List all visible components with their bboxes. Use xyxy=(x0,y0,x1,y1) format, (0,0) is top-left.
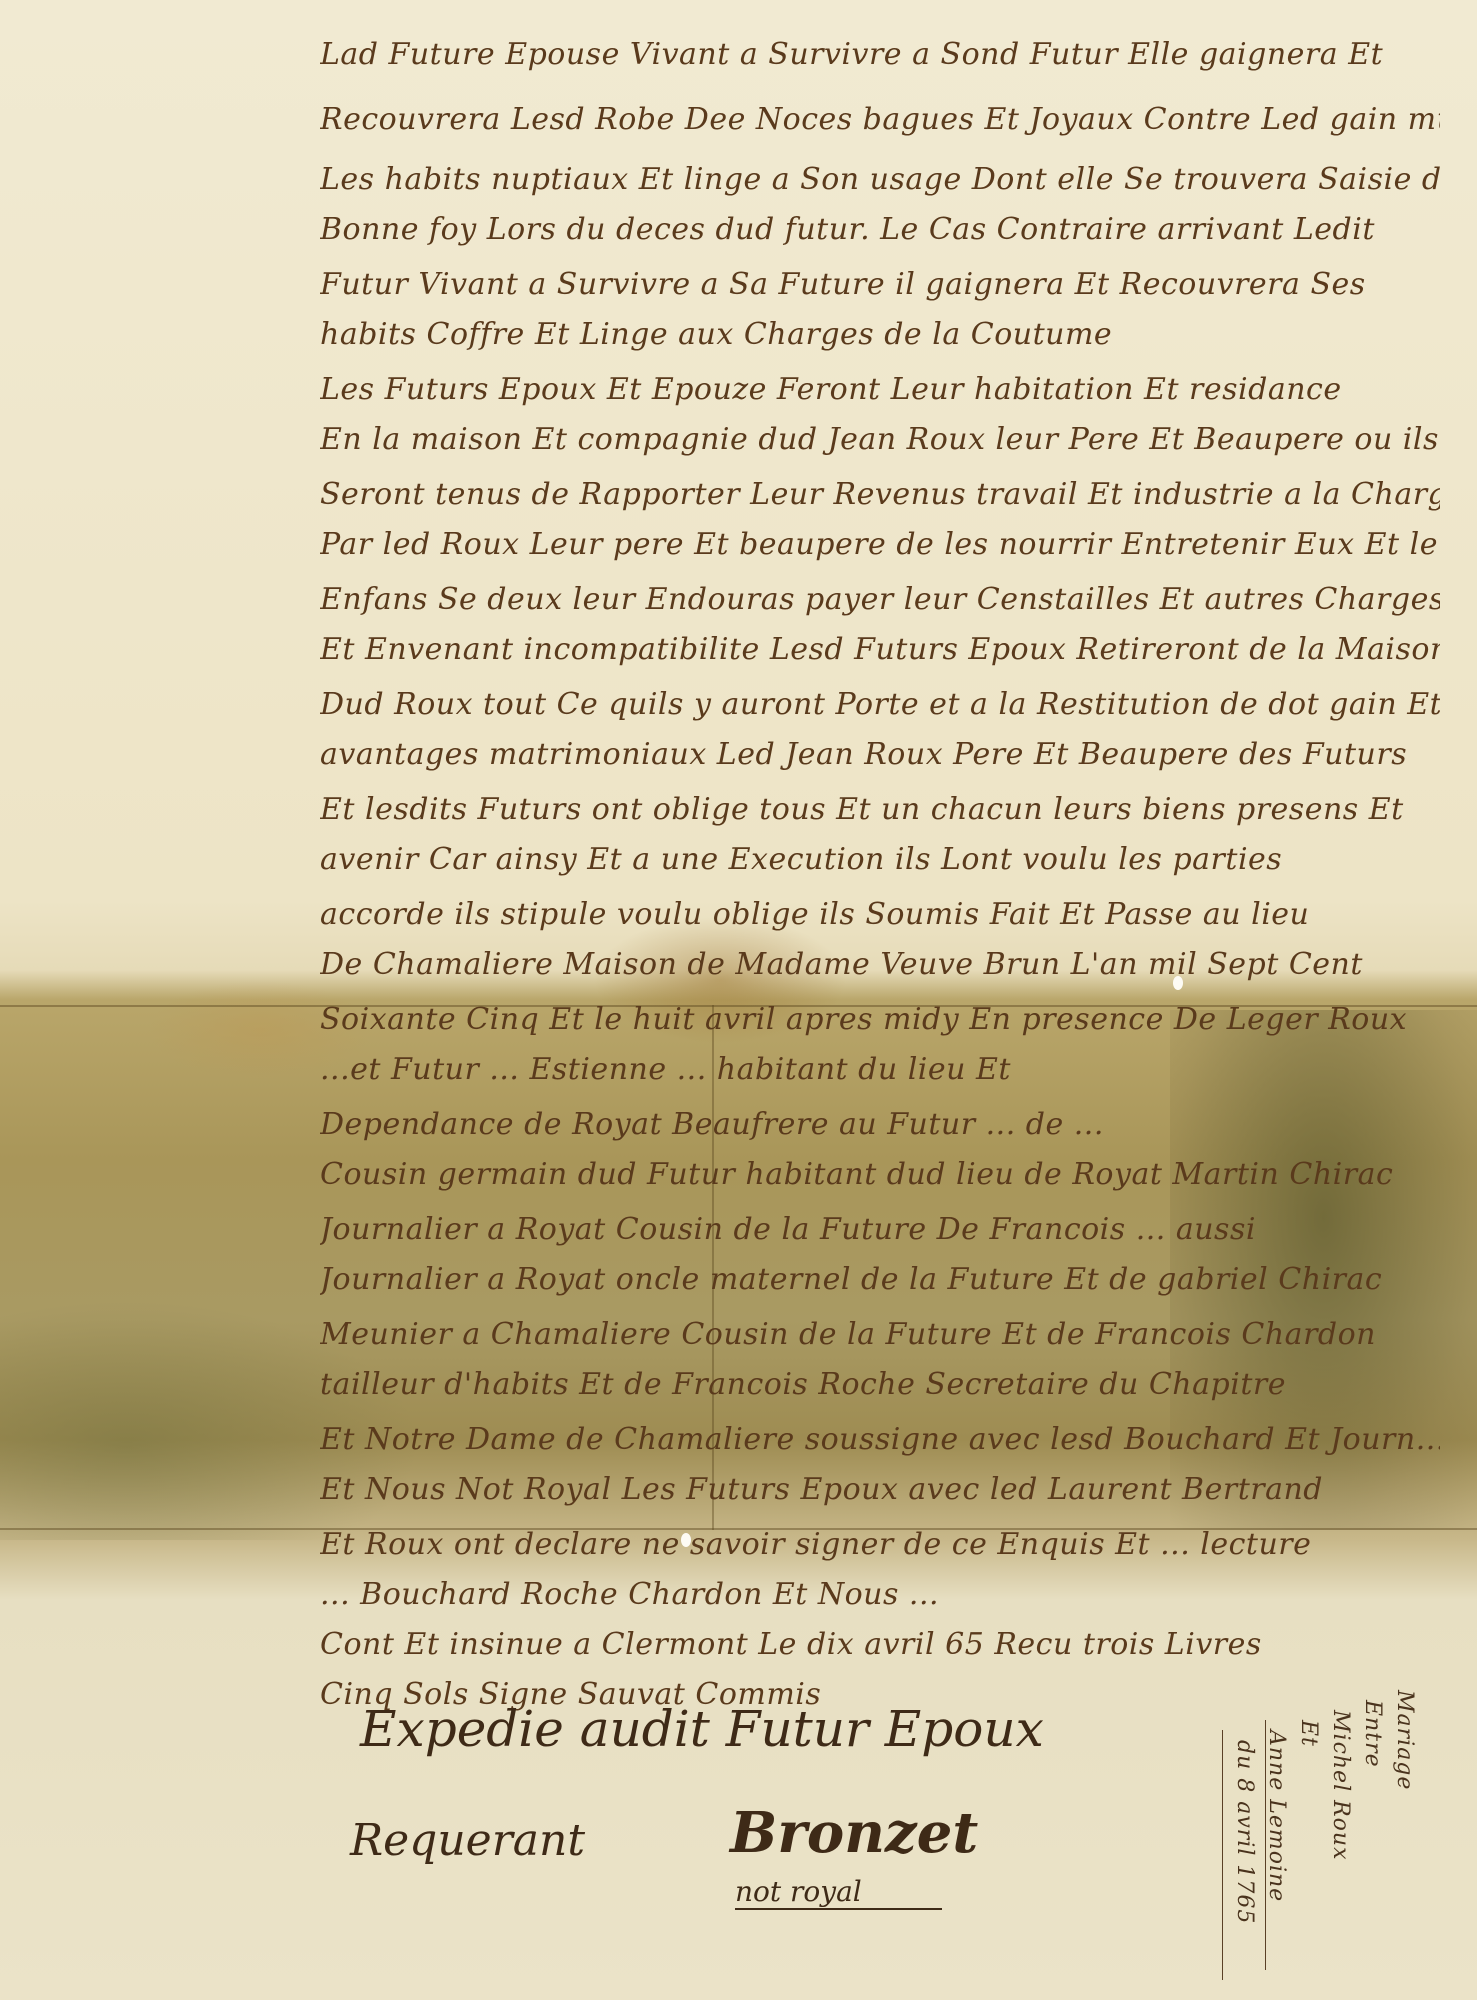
text-line: En la maison Et compagnie dud Jean Roux … xyxy=(320,410,1440,470)
margin-note-line: Entre xyxy=(1360,1700,1385,1950)
margin-note-line: Mariage xyxy=(1392,1690,1417,1950)
notary-title: not royal xyxy=(735,1875,942,1910)
text-line: Cousin germain dud Futur habitant dud li… xyxy=(320,1145,1440,1205)
text-line: avantages matrimoniaux Led Jean Roux Per… xyxy=(320,725,1440,785)
margin-note-line: Anne Lemoine xyxy=(1264,1730,1289,1980)
text-line: Et Envenant incompatibilite Lesd Futurs … xyxy=(320,620,1440,680)
text-line: Recouvrera Lesd Robe Dee Noces bagues Et… xyxy=(320,90,1440,150)
text-line: Lad Future Epouse Vivant a Survivre a So… xyxy=(320,25,1440,85)
text-line: habits Coffre Et Linge aux Charges de la… xyxy=(320,305,1440,365)
text-line: Bonne foy Lors du deces dud futur. Le Ca… xyxy=(320,200,1440,260)
notary-signature: Bronzet xyxy=(730,1800,978,1866)
text-line: avenir Car ainsy Et a une Execution ils … xyxy=(320,830,1440,890)
text-line: Et Nous Not Royal Les Futurs Epoux avec … xyxy=(320,1460,1440,1520)
expedie-note: Expedie audit Futur Epoux xyxy=(360,1700,1044,1758)
text-line: Journalier a Royat oncle maternel de la … xyxy=(320,1250,1440,1310)
text-line: Par led Roux Leur pere Et beaupere de le… xyxy=(320,515,1440,575)
margin-note-line: Michel Roux xyxy=(1328,1710,1353,1960)
text-line: tailleur d'habits Et de Francois Roche S… xyxy=(320,1355,1440,1415)
margin-note-line: du 8 avril 1765 xyxy=(1232,1740,1257,1990)
text-line: De Chamaliere Maison de Madame Veuve Bru… xyxy=(320,935,1440,995)
requerant-label: Requerant xyxy=(350,1815,585,1866)
margin-note-line: Et xyxy=(1296,1720,1321,1970)
text-line: ...et Futur ... Estienne ... habitant du… xyxy=(320,1040,1440,1100)
